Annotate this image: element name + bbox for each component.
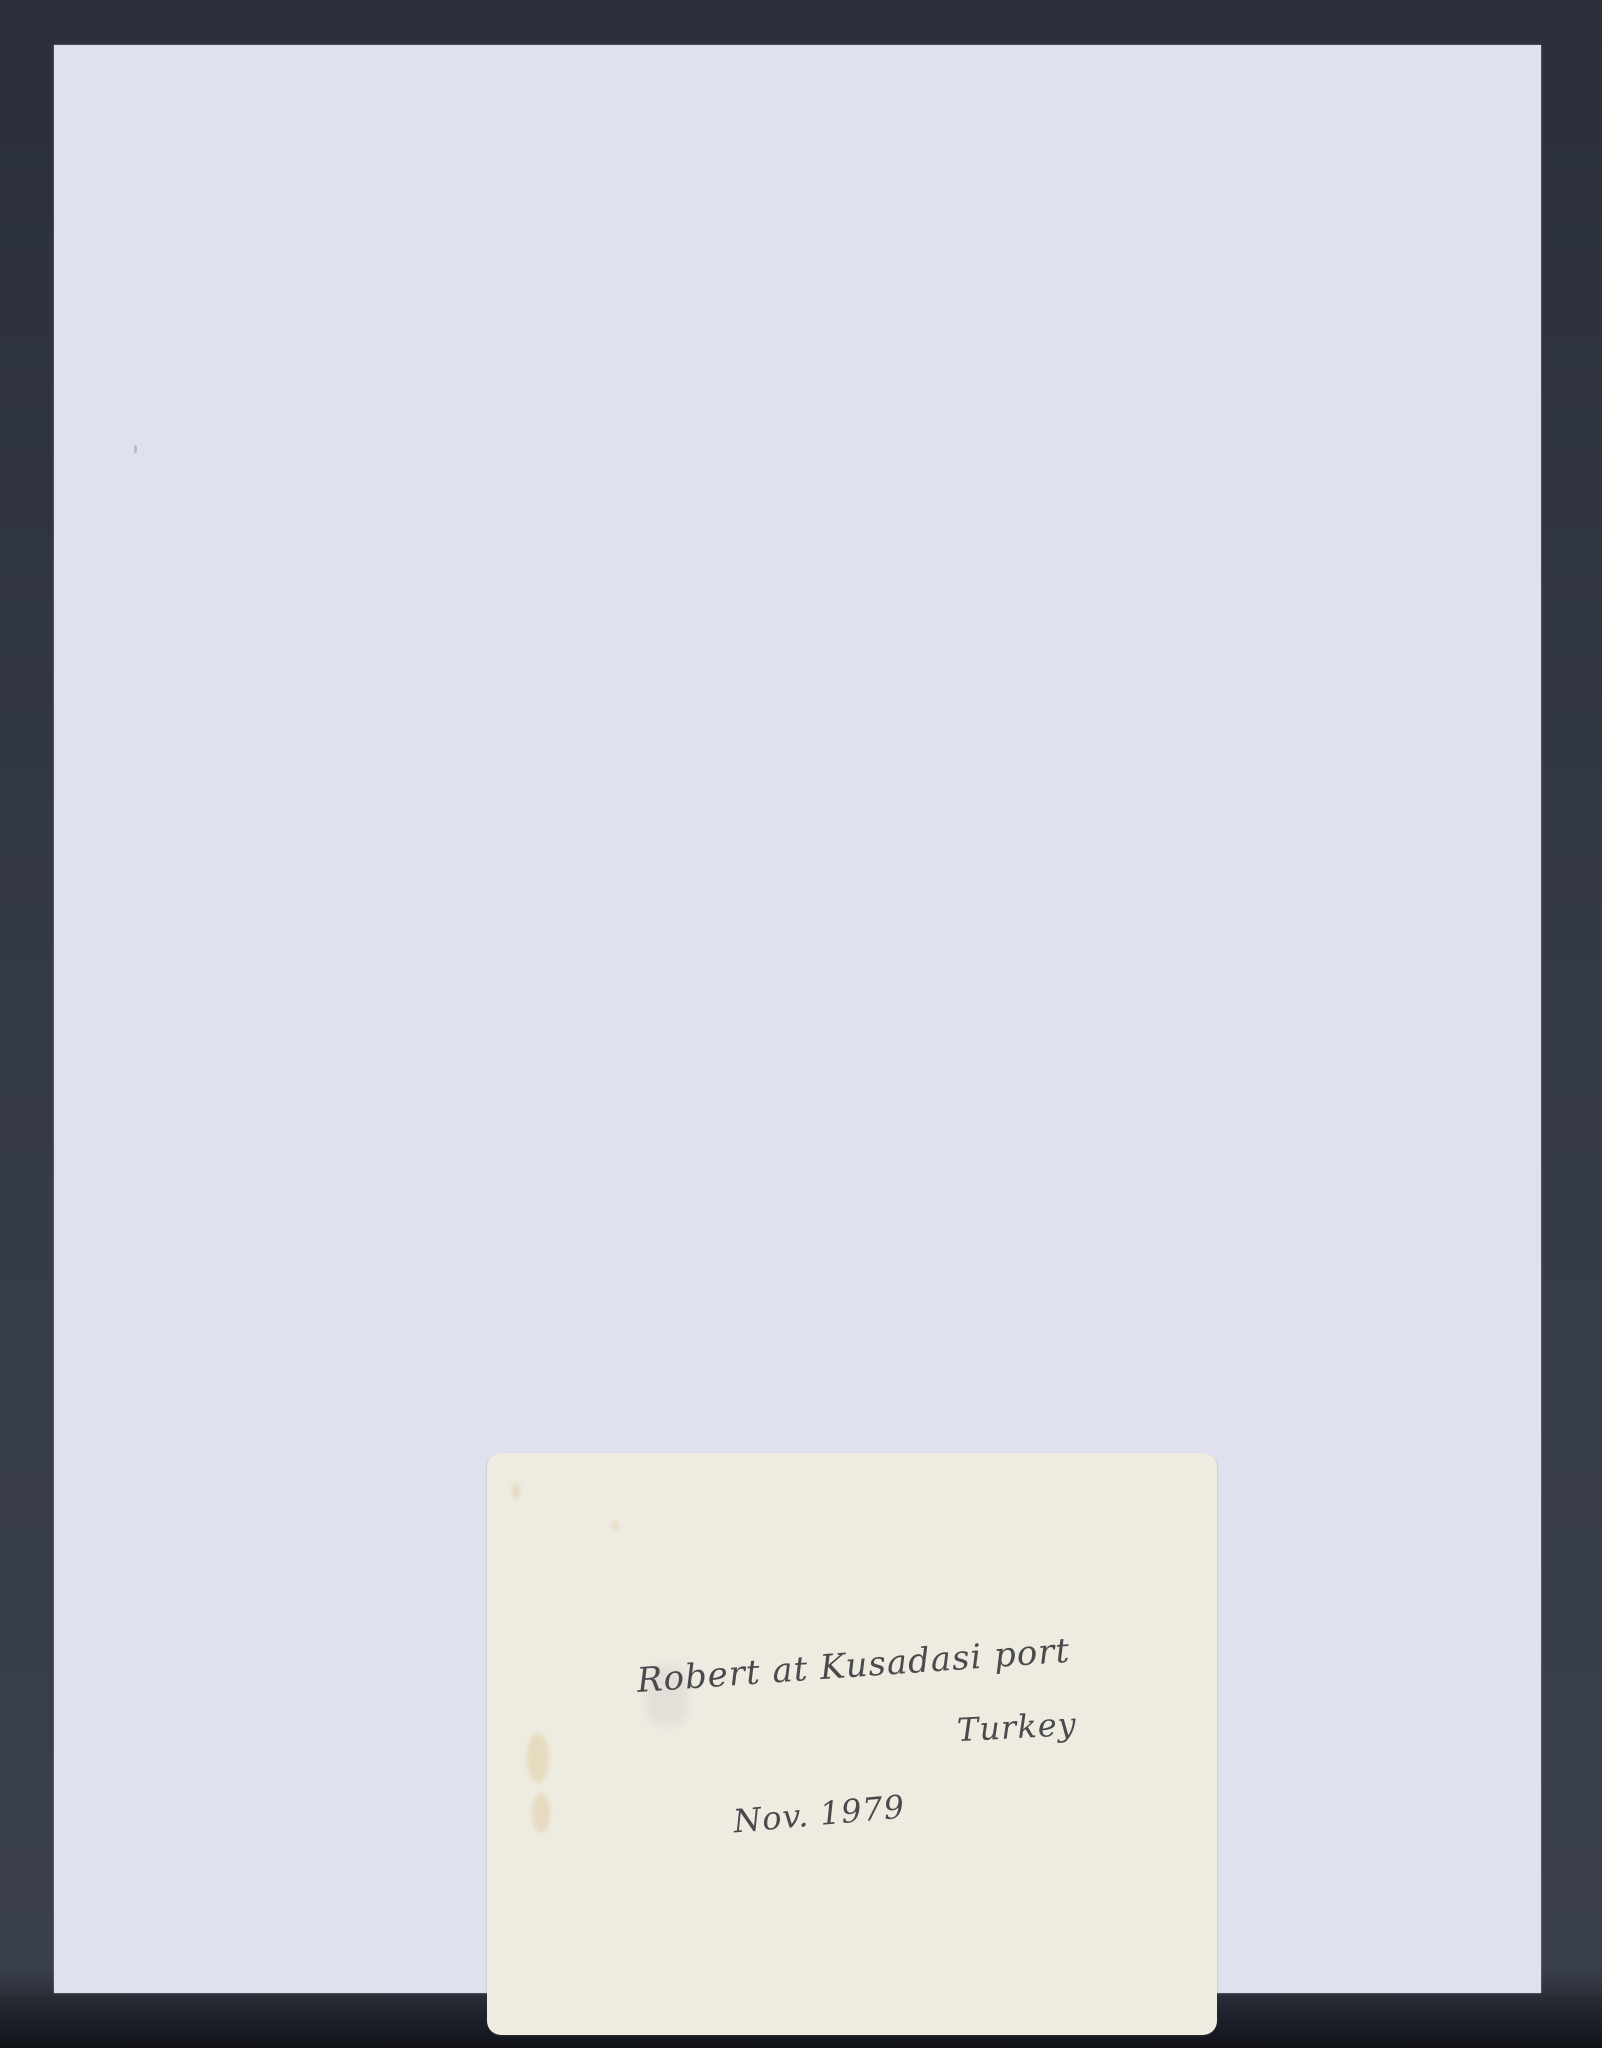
paper-speck	[134, 445, 137, 453]
age-stain	[527, 1733, 549, 1783]
caption-line-subject: Robert at Kusadasi port	[636, 1631, 1072, 1701]
photo-back-card: Robert at Kusadasi port Turkey Nov. 1979	[487, 1453, 1217, 2035]
age-stain	[612, 1521, 618, 1531]
backing-paper-sheet: Robert at Kusadasi port Turkey Nov. 1979	[54, 45, 1541, 1993]
age-stain	[512, 1483, 520, 1499]
caption-line-country: Turkey	[956, 1705, 1077, 1749]
age-stain	[532, 1793, 550, 1833]
caption-line-date: Nov. 1979	[732, 1788, 907, 1841]
